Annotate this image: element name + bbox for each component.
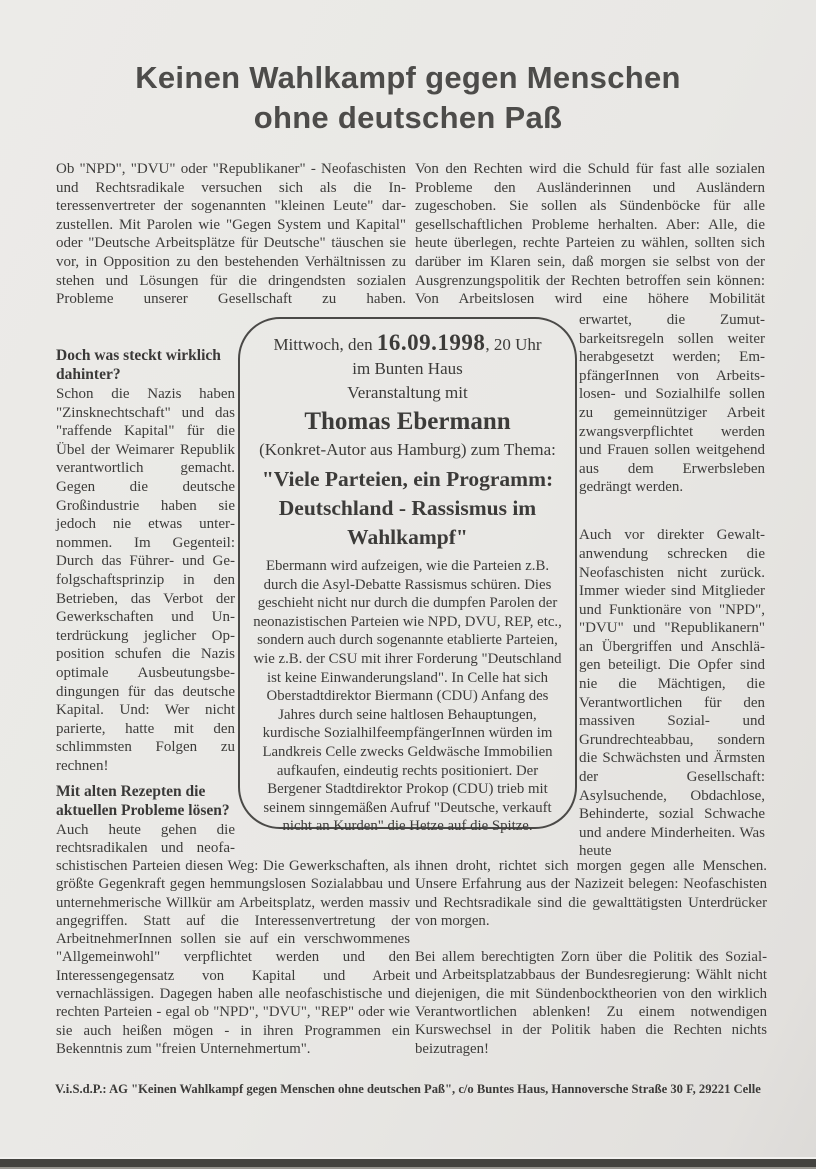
bottom-left-paragraph: schistischen Parteien diesen Weg: Die Ge… [56,857,410,1058]
bottom-right-column: ihnen droht, richtet sich morgen gegen a… [415,857,767,1076]
right-column-paragraph-2: Auch vor direkter Gewalt­anwendung schre… [579,526,765,861]
event-date: 16.09.1998 [377,330,486,355]
page-title-line1: Keinen Wahlkampf gegen Menschen [0,58,816,98]
imprint-footer: V.i.S.d.P.: AG "Keinen Wahlkampf gegen M… [0,1082,816,1097]
left-column-paragraph-2-start: Auch heute gehen die rechtsradikalen und… [56,821,235,858]
page-title: Keinen Wahlkampf gegen Menschen ohne deu… [0,58,816,138]
speaker-name: Thomas Ebermann [252,405,563,438]
page-title-line2: ohne deutschen Paß [0,98,816,138]
intro-paragraph-left: Ob "NPD", "DVU" oder "Republikaner" - Ne… [56,160,406,309]
event-venue: im Bunten Haus [252,357,563,381]
scanned-flyer-page: Keinen Wahlkampf gegen Menschen ohne deu… [0,0,816,1169]
event-date-prefix: Mittwoch, den [273,335,376,354]
left-column-paragraph-1: Schon die Nazis haben "Zinsknechtschaft"… [56,385,235,775]
right-column-paragraph-1-continued: erwartet, die Zumut­barkeitsregeln solle… [579,311,765,497]
event-topic: "Viele Parteien, ein Programm: Deutschla… [252,465,563,552]
bottom-right-paragraph-1: ihnen droht, richtet sich morgen gegen a… [415,857,767,930]
event-announcement-box: Mittwoch, den 16.09.1998, 20 Uhr im Bunt… [238,317,577,829]
event-date-line: Mittwoch, den 16.09.1998, 20 Uhr [252,331,563,357]
scan-artifact-dark-bar [0,1159,816,1167]
speaker-description: (Konkret-Autor aus Hamburg) zum Thema: [252,438,563,462]
right-column: erwartet, die Zumut­barkeitsregeln solle… [579,311,765,861]
bottom-right-paragraph-2: Bei allem berechtigten Zorn über die Pol… [415,948,767,1058]
section-heading-dahinter: Doch was steckt wirklich dahinter? [56,346,235,384]
event-date-suffix: , 20 Uhr [485,335,541,354]
event-type: Veranstaltung mit [252,381,563,405]
left-column: Doch was steckt wirklich dahinter? Schon… [56,346,235,858]
section-heading-rezepte: Mit alten Rezepten die aktuellen Problem… [56,782,235,820]
intro-paragraph-right: Von den Rechten wird die Schuld für fast… [415,160,765,309]
event-description: Ebermann wird aufzeigen, wie die Parteie… [252,557,563,836]
